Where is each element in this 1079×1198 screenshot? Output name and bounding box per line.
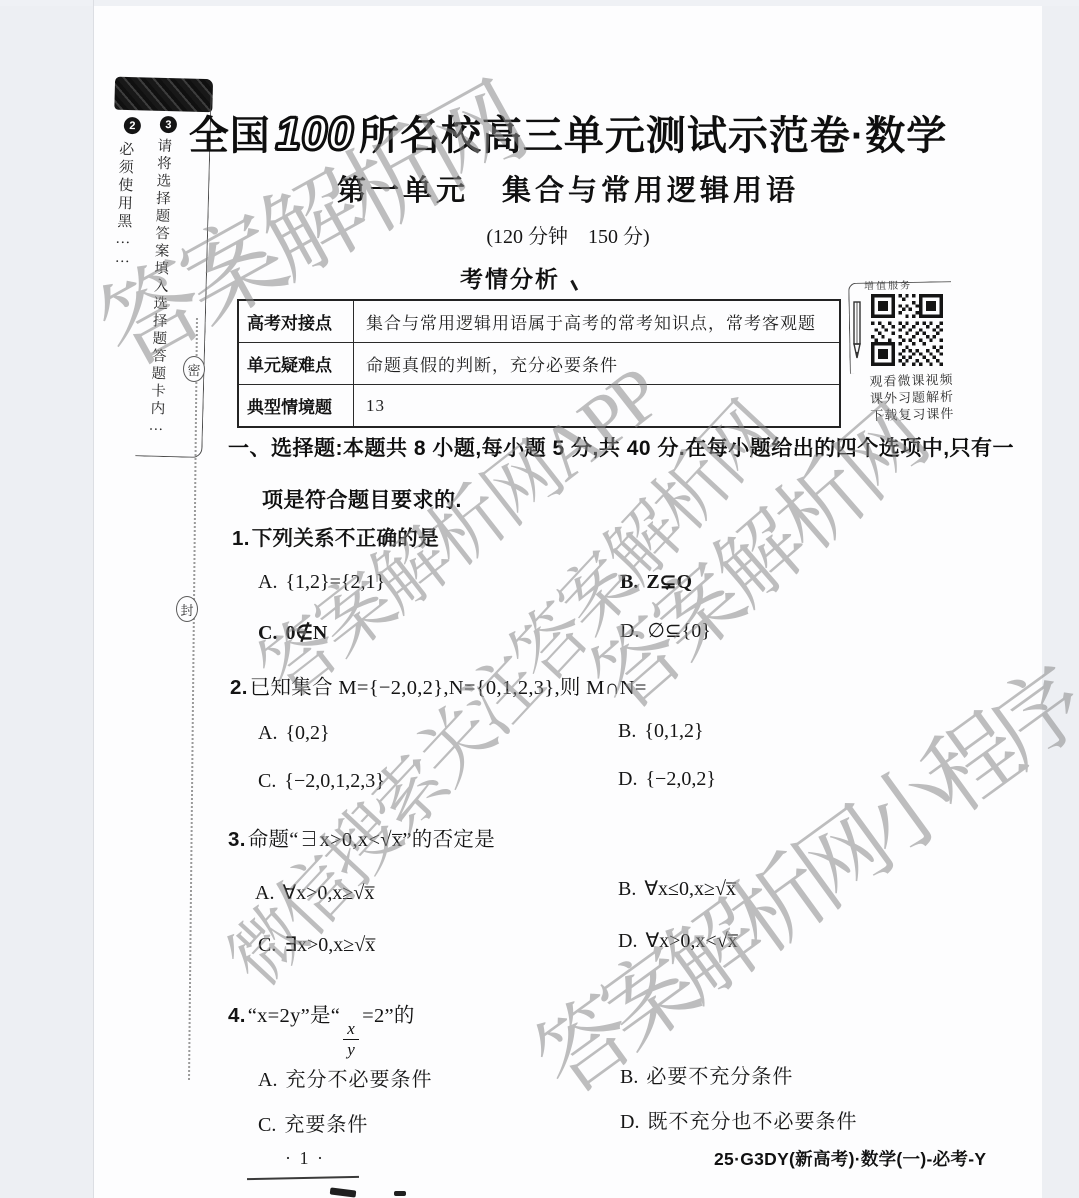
option-label: B. <box>618 878 636 900</box>
table-row-content: 集合与常用逻辑用语属于高考的常考知识点，常考客观题 <box>354 301 839 342</box>
fraction-x-over-y: xy <box>343 1019 359 1059</box>
footer-paper-code: 25·G3DY(新高考)·数学(一)-必考-Y <box>714 1146 986 1171</box>
q4-option-d: D.既不充分也不必要条件 <box>620 1105 857 1134</box>
q3-option-a: A.∀x>0,x≥√x̅ <box>255 880 374 905</box>
question-number: 3. <box>228 828 246 851</box>
fraction-numerator: x <box>343 1019 359 1040</box>
question-stem-text: 已知集合 M={−2,0,2},N={0,1,2,3},则 M∩N= <box>250 677 647 699</box>
question-3-stem: 3.命题“∃x>0,x<√x̅”的否定是 <box>228 822 495 852</box>
option-label: B. <box>620 571 638 593</box>
option-label: D. <box>618 768 637 790</box>
question-stem-text: 下列关系不正确的是 <box>252 527 439 550</box>
scan-gutter-top <box>0 0 1079 6</box>
table-row-label: 单元疑难点 <box>239 343 354 384</box>
option-label: D. <box>620 1111 639 1133</box>
qr-top-caption: 增值服务 <box>864 277 912 293</box>
analysis-heading: 考情分析 <box>460 261 573 294</box>
option-text: {0,2} <box>285 722 329 744</box>
table-row-content: 命题真假的判断，充分必要条件 <box>354 343 839 384</box>
option-text: {−2,0,2} <box>645 768 715 790</box>
pencil-icon <box>851 300 863 366</box>
option-text: ∀x≤0,x≥√x̅ <box>644 878 736 900</box>
exam-title-suffix: 所名校高三单元测试示范卷·数学 <box>359 114 947 158</box>
table-row: 单元疑难点 命题真假的判断，充分必要条件 <box>239 342 839 384</box>
page-number: · 1 · <box>250 1148 360 1169</box>
option-label: B. <box>620 1066 638 1088</box>
qr-caption-line: 下载复习课件 <box>853 404 971 424</box>
exam-title-100: 100 <box>271 108 359 159</box>
qr-code-icon <box>869 294 945 366</box>
question-stem-pre: “x=2y”是“ <box>248 1005 341 1027</box>
option-text: 0∉N <box>285 622 327 644</box>
q3-option-b: B.∀x≤0,x≥√x̅ <box>618 876 736 901</box>
question-number: 2. <box>230 676 248 699</box>
option-label: C. <box>258 934 276 956</box>
q1-option-d: D.∅⊆{0} <box>620 618 711 643</box>
question-1-stem: 1.下列关系不正确的是 <box>232 521 439 551</box>
option-text: ∀x>0,x≥√x̅ <box>282 882 374 904</box>
scan-debris <box>394 1191 406 1196</box>
table-row-label: 典型情境题 <box>239 385 354 426</box>
q4-option-a: A.充分不必要条件 <box>258 1063 432 1092</box>
unit-title: 第一单元 集合与常用逻辑用语 <box>94 168 1042 209</box>
option-text: {−2,0,1,2,3} <box>284 770 384 792</box>
option-text: ∀x>0,x<√x̅ <box>645 930 737 952</box>
table-row: 高考对接点 集合与常用逻辑用语属于高考的常考知识点，常考客观题 <box>239 301 839 342</box>
option-label: C. <box>258 622 277 644</box>
q1-option-c: C.0∉N <box>258 620 327 645</box>
q3-option-d: D.∀x>0,x<√x̅ <box>618 928 738 953</box>
section-heading-line2: 项是符合题目要求的. <box>262 484 462 514</box>
q2-option-b: B.{0,1,2} <box>618 720 704 743</box>
q4-option-c: C.充要条件 <box>258 1108 368 1137</box>
question-2-stem: 2.已知集合 M={−2,0,2},N={0,1,2,3},则 M∩N= <box>230 670 647 700</box>
option-label: A. <box>258 1069 277 1091</box>
analysis-heading-text: 考情分析 <box>460 266 560 292</box>
q2-option-c: C.{−2,0,1,2,3} <box>258 770 385 793</box>
option-text: Z⊊Q <box>646 571 692 593</box>
scan-gutter-left <box>0 0 93 1198</box>
duration-score: (120 分钟 150 分) <box>94 220 1042 249</box>
table-row-content: 13 <box>354 385 839 426</box>
option-label: D. <box>620 620 639 642</box>
q1-option-b: B.Z⊊Q <box>620 569 692 594</box>
option-label: C. <box>258 770 276 792</box>
qr-captions: 观看微课视频 课外习题解析 下载复习课件 <box>852 370 971 424</box>
q3-option-c: C.∃x>0,x≥√x̅ <box>258 932 375 957</box>
option-text: 充分不必要条件 <box>285 1069 432 1091</box>
question-stem-post: =2”的 <box>362 1005 415 1027</box>
fraction-denominator: y <box>343 1040 359 1060</box>
option-text: {1,2}={2,1} <box>285 571 385 593</box>
option-text: 既不充分也不必要条件 <box>647 1111 857 1133</box>
option-text: ∅⊆{0} <box>647 620 710 642</box>
option-label: C. <box>258 1114 276 1136</box>
q1-option-a: A.{1,2}={2,1} <box>258 571 385 594</box>
table-row-label: 高考对接点 <box>239 301 354 342</box>
option-label: A. <box>255 882 274 904</box>
option-label: A. <box>258 722 277 744</box>
question-stem-text: 命题“∃x>0,x<√x̅”的否定是 <box>248 829 495 851</box>
option-text: {0,1,2} <box>644 720 703 742</box>
seal-char-mi: 密 <box>183 356 205 382</box>
question-4-stem: 4.“x=2y”是“xy=2”的 <box>228 998 415 1059</box>
seal-char-feng: 封 <box>176 596 198 622</box>
scan-gutter-right <box>1042 0 1079 1198</box>
table-row: 典型情境题 13 <box>239 384 839 426</box>
option-text: 必要不充分条件 <box>646 1066 793 1088</box>
option-text: 充要条件 <box>284 1114 368 1136</box>
question-number: 4. <box>228 1004 246 1027</box>
q2-option-d: D.{−2,0,2} <box>618 768 716 791</box>
option-label: D. <box>618 930 637 952</box>
option-label: B. <box>618 720 636 742</box>
exam-title: 全国100所名校高三单元测试示范卷·数学 <box>94 104 1042 161</box>
option-text: ∃x>0,x≥√x̅ <box>284 934 375 956</box>
question-number: 1. <box>232 527 250 550</box>
analysis-table: 高考对接点 集合与常用逻辑用语属于高考的常考知识点，常考客观题 单元疑难点 命题… <box>237 299 841 428</box>
option-label: A. <box>258 571 277 593</box>
q2-option-a: A.{0,2} <box>258 722 330 745</box>
section-heading-line1: 一、选择题:本题共 8 小题,每小题 5 分,共 40 分.在每小题给出的四个选… <box>228 432 1018 462</box>
q4-option-b: B.必要不充分条件 <box>620 1060 793 1089</box>
exam-title-prefix: 全国 <box>189 114 271 158</box>
